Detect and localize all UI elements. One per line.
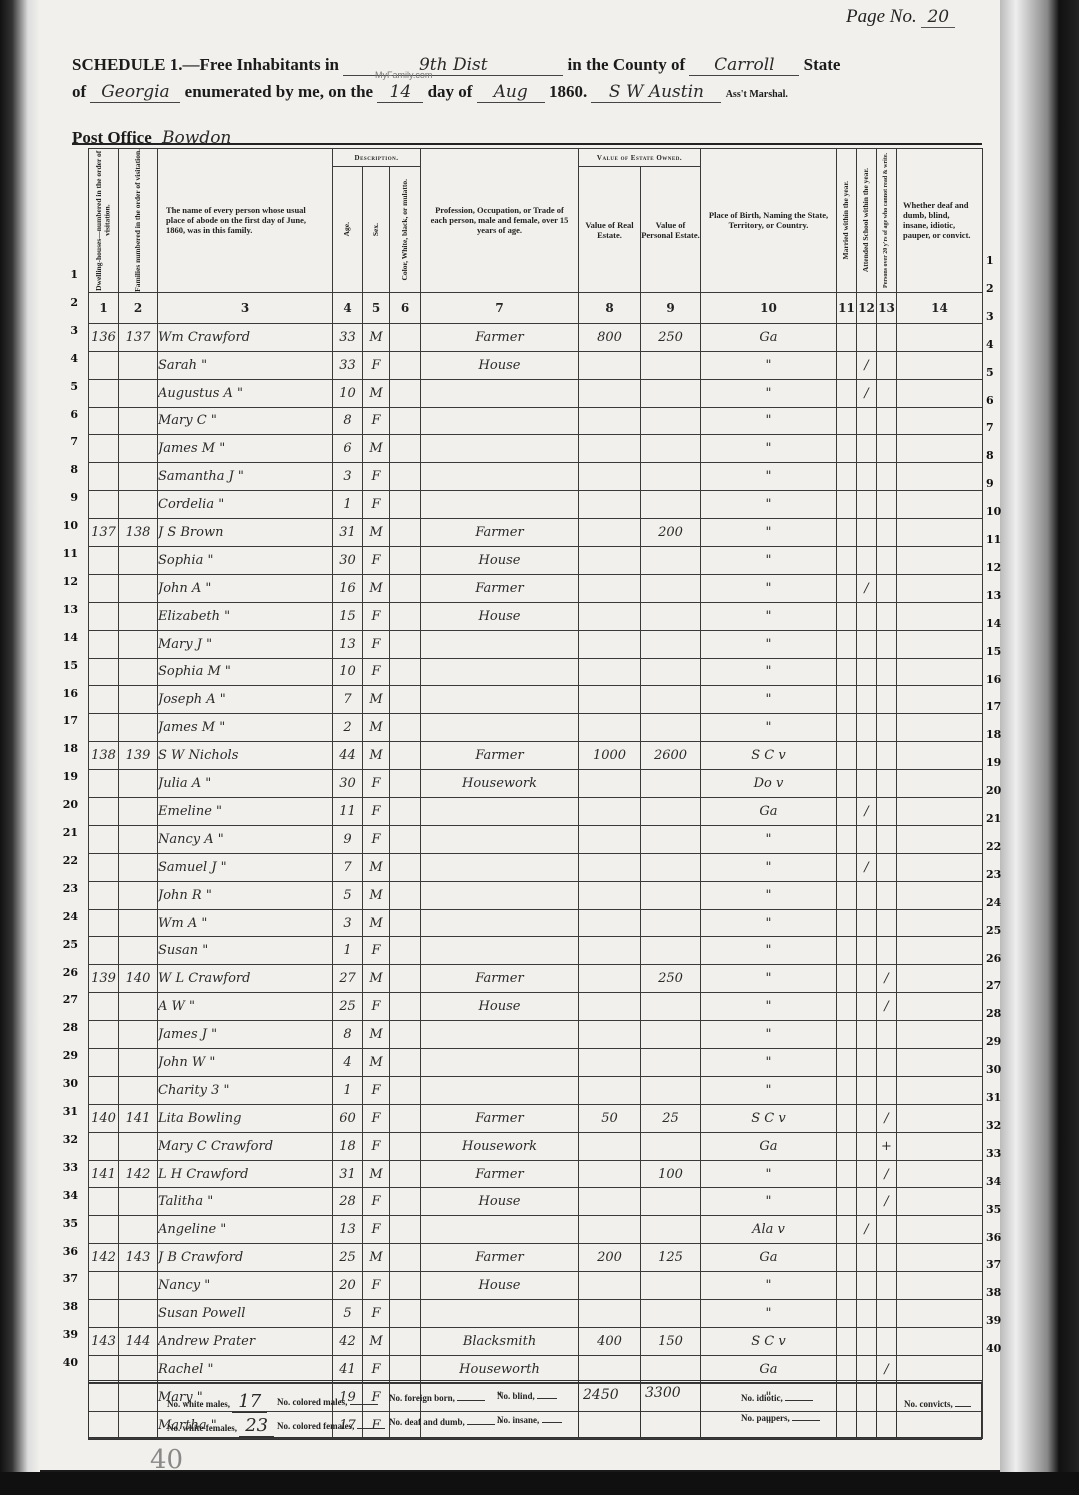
family-cell	[119, 770, 158, 798]
personal-estate-cell	[641, 909, 701, 937]
line-number-left: 32	[52, 1133, 78, 1146]
table-row: Sarah "33FHouse"/	[89, 351, 983, 379]
color-cell	[390, 1300, 421, 1328]
personal-estate-cell: 250	[641, 323, 701, 351]
condition-cell	[897, 602, 983, 630]
school-cell: /	[857, 351, 877, 379]
sex-cell: F	[363, 491, 390, 519]
age-cell: 10	[333, 658, 363, 686]
sex-cell: F	[363, 825, 390, 853]
illiterate-cell: /	[877, 965, 897, 993]
birthplace-cell: "	[701, 1049, 837, 1077]
personal-estate-cell	[641, 853, 701, 881]
line-number-left: 13	[52, 603, 78, 616]
color-cell	[390, 742, 421, 770]
line-number-left: 1	[52, 268, 78, 281]
color-cell	[390, 519, 421, 547]
illiterate-cell	[877, 714, 897, 742]
condition-cell	[897, 770, 983, 798]
real-estate-cell: 200	[579, 1244, 641, 1272]
insane-total: No. insane,	[497, 1415, 562, 1425]
line-number-right: 17	[986, 700, 1008, 713]
dwelling-cell: 141	[89, 1160, 119, 1188]
line-number-left: 24	[52, 910, 78, 923]
personal-estate-cell: 125	[641, 1244, 701, 1272]
birthplace-cell: "	[701, 435, 837, 463]
colored-males-total: No. colored males,	[277, 1397, 378, 1407]
family-cell	[119, 351, 158, 379]
family-cell	[119, 546, 158, 574]
line-number-left: 25	[52, 938, 78, 951]
birthplace-cell: "	[701, 965, 837, 993]
occupation-cell: Blacksmith	[421, 1327, 579, 1355]
name-cell: Sophia "	[158, 546, 333, 574]
dwelling-cell	[89, 1188, 119, 1216]
school-cell	[857, 909, 877, 937]
post-office-field: Bowdon	[156, 128, 412, 149]
married-cell	[837, 1272, 857, 1300]
white-males-total: No. white males, 17	[167, 1391, 267, 1412]
footer-divider	[896, 1383, 897, 1437]
personal-estate-cell	[641, 1188, 701, 1216]
post-office-value: Bowdon	[162, 128, 231, 148]
age-cell: 4	[333, 1049, 363, 1077]
real-estate-cell	[579, 379, 641, 407]
dwelling-cell	[89, 658, 119, 686]
illiterate-cell	[877, 463, 897, 491]
occupation-cell	[421, 407, 579, 435]
occupation-cell	[421, 909, 579, 937]
condition-cell	[897, 407, 983, 435]
col-num-14: 14	[897, 292, 983, 323]
school-cell: /	[857, 379, 877, 407]
real-estate-cell	[579, 1188, 641, 1216]
color-cell	[390, 853, 421, 881]
school-cell	[857, 1188, 877, 1216]
col-num-5: 5	[363, 292, 390, 323]
line-number-right: 14	[986, 617, 1008, 630]
dwelling-cell: 139	[89, 965, 119, 993]
school-cell	[857, 937, 877, 965]
line-number-left: 8	[52, 463, 78, 476]
color-cell	[390, 825, 421, 853]
name-cell: Susan Powell	[158, 1300, 333, 1328]
dwelling-cell: 136	[89, 323, 119, 351]
occupation-cell: Farmer	[421, 574, 579, 602]
illiterate-cell	[877, 798, 897, 826]
heading-rule	[72, 143, 982, 145]
col-num-4: 4	[333, 292, 363, 323]
schedule-title: SCHEDULE 1.—Free Inhabitants in	[72, 55, 339, 74]
birthplace-cell: "	[701, 658, 837, 686]
sex-cell: M	[363, 1021, 390, 1049]
condition-cell	[897, 1216, 983, 1244]
real-estate-cell	[579, 351, 641, 379]
sex-cell: F	[363, 770, 390, 798]
color-cell	[390, 1188, 421, 1216]
birthplace-cell: "	[701, 714, 837, 742]
school-cell	[857, 881, 877, 909]
family-cell: 142	[119, 1160, 158, 1188]
family-cell: 141	[119, 1104, 158, 1132]
illiterate-cell	[877, 1327, 897, 1355]
birthplace-cell: "	[701, 463, 837, 491]
age-cell: 42	[333, 1327, 363, 1355]
col-num-10: 10	[701, 292, 837, 323]
adjacent-page-edge	[1000, 0, 1079, 1495]
sex-cell: M	[363, 574, 390, 602]
table-row: 137138J S Brown31MFarmer200"	[89, 519, 983, 547]
color-cell	[390, 463, 421, 491]
occupation-cell: Farmer	[421, 1160, 579, 1188]
marshal-signature: S W Austin	[609, 82, 704, 102]
real-estate-cell	[579, 1021, 641, 1049]
color-cell	[390, 1104, 421, 1132]
illiterate-cell	[877, 1076, 897, 1104]
column-number-row: 1 2 3 4 5 6 7 8 9 10 11 12 13 14	[89, 292, 983, 323]
day-of-label: day of	[428, 82, 473, 101]
table-row: Nancy "20FHouse"	[89, 1272, 983, 1300]
sex-cell: M	[363, 435, 390, 463]
school-cell: /	[857, 574, 877, 602]
age-cell: 1	[333, 491, 363, 519]
real-estate-cell: 400	[579, 1327, 641, 1355]
condition-cell	[897, 965, 983, 993]
married-cell	[837, 853, 857, 881]
dwelling-cell	[89, 407, 119, 435]
real-estate-cell	[579, 463, 641, 491]
name-cell: Lita Bowling	[158, 1104, 333, 1132]
occupation-cell	[421, 853, 579, 881]
birthplace-cell: "	[701, 686, 837, 714]
married-cell	[837, 770, 857, 798]
school-cell	[857, 1272, 877, 1300]
line-number-left: 9	[52, 491, 78, 504]
county-value: Carroll	[714, 55, 775, 75]
blind-total: No. blind,	[497, 1391, 557, 1401]
birthplace-cell: Do v	[701, 770, 837, 798]
birthplace-cell: Ga	[701, 798, 837, 826]
color-cell	[390, 630, 421, 658]
family-cell: 144	[119, 1327, 158, 1355]
real-estate-cell	[579, 1272, 641, 1300]
line-number-left: 6	[52, 408, 78, 421]
sex-cell: F	[363, 798, 390, 826]
foreign-born-total: No. foreign born,	[389, 1393, 485, 1403]
dwelling-cell	[89, 574, 119, 602]
sex-cell: M	[363, 519, 390, 547]
footer-divider	[157, 1383, 158, 1437]
county-label: in the County of	[568, 55, 686, 74]
color-cell	[390, 1049, 421, 1077]
age-cell: 33	[333, 323, 363, 351]
illiterate-cell: /	[877, 1188, 897, 1216]
page-totals-footer: No. white males, 17 No. white females, 2…	[88, 1380, 982, 1440]
birthplace-cell: Ga	[701, 1132, 837, 1160]
school-cell	[857, 1076, 877, 1104]
line-number-left: 12	[52, 575, 78, 588]
line-number-right: 3	[986, 310, 1008, 323]
age-cell: 25	[333, 1244, 363, 1272]
married-cell	[837, 965, 857, 993]
line-number-right: 13	[986, 589, 1008, 602]
married-cell	[837, 491, 857, 519]
color-cell	[390, 1076, 421, 1104]
personal-estate-total: 3300	[645, 1385, 681, 1401]
name-cell: J B Crawford	[158, 1244, 333, 1272]
table-row: Augustus A "10M"/	[89, 379, 983, 407]
header-color: Color, White, black, or mulatto.	[390, 167, 421, 293]
table-row: Samantha J "3F"	[89, 463, 983, 491]
line-number-left: 21	[52, 826, 78, 839]
color-cell	[390, 491, 421, 519]
sex-cell: M	[363, 1049, 390, 1077]
family-cell: 140	[119, 965, 158, 993]
line-number-right: 20	[986, 784, 1008, 797]
line-number-right: 11	[986, 533, 1008, 546]
line-number-left: 11	[52, 547, 78, 560]
sex-cell: F	[363, 602, 390, 630]
school-cell	[857, 825, 877, 853]
school-cell	[857, 742, 877, 770]
family-cell	[119, 853, 158, 881]
age-cell: 16	[333, 574, 363, 602]
line-number-right: 33	[986, 1147, 1008, 1160]
name-cell: John W "	[158, 1049, 333, 1077]
condition-cell	[897, 1104, 983, 1132]
married-cell	[837, 602, 857, 630]
name-cell: Nancy "	[158, 1272, 333, 1300]
day-field: 14	[377, 82, 423, 103]
name-cell: S W Nichols	[158, 742, 333, 770]
family-cell	[119, 1021, 158, 1049]
line-number-right: 21	[986, 812, 1008, 825]
age-cell: 30	[333, 546, 363, 574]
line-number-right: 30	[986, 1063, 1008, 1076]
personal-estate-cell	[641, 463, 701, 491]
condition-cell	[897, 1132, 983, 1160]
condition-cell	[897, 1021, 983, 1049]
col-num-3: 3	[158, 292, 333, 323]
sex-cell: F	[363, 1188, 390, 1216]
sex-cell: F	[363, 1216, 390, 1244]
birthplace-cell: "	[701, 1160, 837, 1188]
convicts-total: No. convicts,	[904, 1399, 971, 1409]
table-row: Susan "1F"	[89, 937, 983, 965]
occupation-cell: Housework	[421, 1132, 579, 1160]
line-number-left: 18	[52, 742, 78, 755]
school-cell	[857, 686, 877, 714]
condition-cell	[897, 491, 983, 519]
married-cell	[837, 1327, 857, 1355]
name-cell: Elizabeth "	[158, 602, 333, 630]
name-cell: W L Crawford	[158, 965, 333, 993]
occupation-cell	[421, 379, 579, 407]
school-cell	[857, 658, 877, 686]
name-cell: James M "	[158, 714, 333, 742]
dwelling-cell	[89, 491, 119, 519]
occupation-cell: Housework	[421, 770, 579, 798]
illiterate-cell	[877, 630, 897, 658]
color-cell	[390, 965, 421, 993]
personal-estate-cell	[641, 993, 701, 1021]
census-rows: 136137Wm Crawford33MFarmer800250GaSarah …	[89, 323, 983, 1439]
line-number-left: 22	[52, 854, 78, 867]
married-cell	[837, 1049, 857, 1077]
header-dwelling: Dwelling-houses—numbered in the order of…	[89, 149, 119, 293]
real-estate-cell	[579, 1049, 641, 1077]
table-row: John R "5M"	[89, 881, 983, 909]
line-number-right: 34	[986, 1175, 1008, 1188]
name-cell: Angeline "	[158, 1216, 333, 1244]
birthplace-cell: Ga	[701, 323, 837, 351]
line-number-left: 3	[52, 324, 78, 337]
header-birthplace: Place of Birth, Naming the State, Territ…	[701, 149, 837, 293]
table-row: Julia A "30FHouseworkDo v	[89, 770, 983, 798]
family-cell: 137	[119, 323, 158, 351]
sex-cell: F	[363, 351, 390, 379]
family-cell	[119, 1300, 158, 1328]
real-estate-cell	[579, 993, 641, 1021]
dwelling-cell: 142	[89, 1244, 119, 1272]
dwelling-cell	[89, 1216, 119, 1244]
line-number-right: 19	[986, 756, 1008, 769]
illiterate-cell	[877, 937, 897, 965]
color-cell	[390, 407, 421, 435]
family-cell	[119, 909, 158, 937]
age-cell: 2	[333, 714, 363, 742]
color-cell	[390, 574, 421, 602]
personal-estate-cell: 200	[641, 519, 701, 547]
married-cell	[837, 1160, 857, 1188]
sex-cell: F	[363, 1272, 390, 1300]
header-real-estate: Value of Real Estate.	[579, 167, 641, 293]
age-cell: 11	[333, 798, 363, 826]
illiterate-cell: /	[877, 1160, 897, 1188]
school-cell	[857, 630, 877, 658]
line-number-left: 39	[52, 1328, 78, 1341]
school-cell	[857, 1300, 877, 1328]
age-cell: 13	[333, 1216, 363, 1244]
sex-cell: F	[363, 658, 390, 686]
color-cell	[390, 937, 421, 965]
header-occupation: Profession, Occupation, or Trade of each…	[421, 149, 579, 293]
sex-cell: M	[363, 1160, 390, 1188]
color-cell	[390, 686, 421, 714]
color-cell	[390, 993, 421, 1021]
real-estate-cell	[579, 1160, 641, 1188]
line-number-right: 7	[986, 421, 1008, 434]
line-number-right: 16	[986, 673, 1008, 686]
watermark: MyFamily.com	[375, 70, 432, 80]
dwelling-cell	[89, 602, 119, 630]
illiterate-cell	[877, 602, 897, 630]
line-number-left: 4	[52, 352, 78, 365]
table-row: Talitha "28FHouse"/	[89, 1188, 983, 1216]
line-number-right: 39	[986, 1314, 1008, 1327]
col-num-9: 9	[641, 292, 701, 323]
idiotic-total: No. idiotic,	[741, 1393, 813, 1403]
table-row: John W "4M"	[89, 1049, 983, 1077]
line-number-left: 28	[52, 1021, 78, 1034]
school-cell	[857, 714, 877, 742]
occupation-cell	[421, 463, 579, 491]
occupation-cell	[421, 1300, 579, 1328]
age-cell: 18	[333, 1132, 363, 1160]
illiterate-cell	[877, 407, 897, 435]
name-cell: Joseph A "	[158, 686, 333, 714]
condition-cell	[897, 519, 983, 547]
dwelling-cell	[89, 714, 119, 742]
occupation-cell: Farmer	[421, 323, 579, 351]
line-number-left: 7	[52, 435, 78, 448]
illiterate-cell	[877, 825, 897, 853]
name-cell: Cordelia "	[158, 491, 333, 519]
school-cell	[857, 463, 877, 491]
condition-cell	[897, 1160, 983, 1188]
real-estate-cell	[579, 909, 641, 937]
line-number-right: 40	[986, 1342, 1008, 1355]
condition-cell	[897, 351, 983, 379]
color-cell	[390, 1160, 421, 1188]
birthplace-cell: "	[701, 574, 837, 602]
line-number-right: 32	[986, 1119, 1008, 1132]
footer-divider	[578, 1383, 579, 1437]
married-cell	[837, 742, 857, 770]
real-estate-cell	[579, 1216, 641, 1244]
color-cell	[390, 881, 421, 909]
school-cell	[857, 1104, 877, 1132]
occupation-cell: Farmer	[421, 742, 579, 770]
name-cell: A W "	[158, 993, 333, 1021]
married-cell	[837, 323, 857, 351]
line-number-right: 35	[986, 1203, 1008, 1216]
line-number-right: 12	[986, 561, 1008, 574]
sex-cell: F	[363, 407, 390, 435]
age-cell: 10	[333, 379, 363, 407]
school-cell	[857, 546, 877, 574]
table-row: Joseph A "7M"	[89, 686, 983, 714]
dwelling-cell	[89, 463, 119, 491]
name-cell: J S Brown	[158, 519, 333, 547]
married-cell	[837, 825, 857, 853]
condition-cell	[897, 463, 983, 491]
married-cell	[837, 463, 857, 491]
family-cell	[119, 574, 158, 602]
condition-cell	[897, 1327, 983, 1355]
birthplace-cell: "	[701, 825, 837, 853]
schedule-heading-line1: SCHEDULE 1.—Free Inhabitants in 9th Dist…	[72, 55, 840, 76]
real-estate-cell	[579, 798, 641, 826]
color-cell	[390, 1327, 421, 1355]
col-num-7: 7	[421, 292, 579, 323]
year-label: 1860.	[549, 82, 587, 101]
personal-estate-cell: 100	[641, 1160, 701, 1188]
age-cell: 30	[333, 770, 363, 798]
occupation-cell: House	[421, 993, 579, 1021]
line-number-right: 38	[986, 1286, 1008, 1299]
line-number-left: 14	[52, 631, 78, 644]
color-cell	[390, 1216, 421, 1244]
table-row: James M "6M"	[89, 435, 983, 463]
dwelling-cell: 140	[89, 1104, 119, 1132]
personal-estate-cell	[641, 1049, 701, 1077]
real-estate-cell	[579, 965, 641, 993]
footer-divider	[700, 1383, 701, 1437]
table-row: John A "16MFarmer"/	[89, 574, 983, 602]
occupation-cell: House	[421, 602, 579, 630]
sex-cell: M	[363, 965, 390, 993]
